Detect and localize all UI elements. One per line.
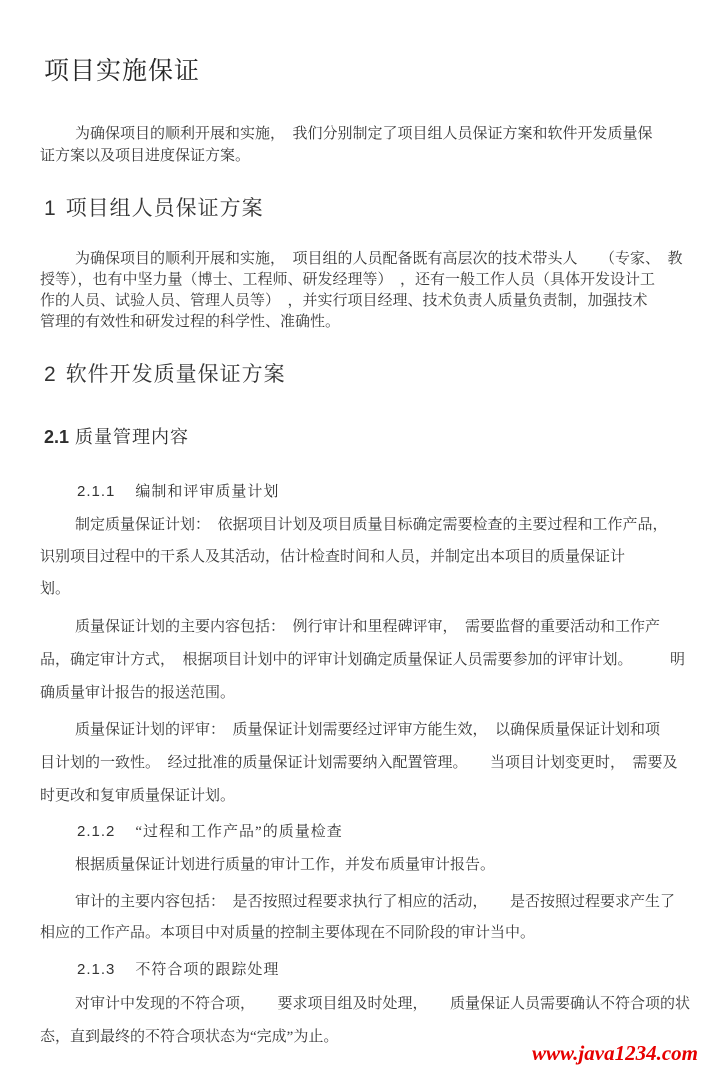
paragraph-line: 划。 — [40, 573, 688, 605]
document-title: 项目实施保证 — [44, 56, 200, 88]
item-number: 2.1.2 — [77, 823, 115, 840]
body-paragraph: 根据质量保证计划进行质量的审计工作，并发布质量审计报告。 — [40, 849, 688, 881]
paragraph-line: 质量保证计划的主要内容包括： 例行审计和里程碑评审， 需要监督的重要活动和工作产 — [40, 611, 688, 644]
section-title: 软件开发质量保证方案 — [66, 363, 286, 386]
subsection-number: 2.1 — [44, 427, 69, 447]
paragraph-line: 为确保项目的顺利开展和实施， 我们分别制定了项目组人员保证方案和软件开发质量保 — [40, 123, 688, 145]
subsection-2-1-heading: 2.1质量管理内容 — [44, 426, 189, 449]
paragraph-line: 制定质量保证计划： 依据项目计划及项目质量目标确定需要检查的主要过程和工作产品， — [40, 509, 688, 541]
intro-paragraph: 为确保项目的顺利开展和实施， 我们分别制定了项目组人员保证方案和软件开发质量保 … — [40, 123, 688, 167]
paragraph-line: 为确保项目的顺利开展和实施， 项目组的人员配备既有高层次的技术带头人 （专家、 … — [40, 249, 688, 270]
subsection-title: 质量管理内容 — [75, 427, 189, 447]
item-title: “过程和工作产品”的质量检查 — [135, 824, 342, 840]
body-paragraph: 质量保证计划的主要内容包括： 例行审计和里程碑评审， 需要监督的重要活动和工作产… — [40, 611, 688, 710]
paragraph-line: 根据质量保证计划进行质量的审计工作，并发布质量审计报告。 — [40, 849, 688, 881]
body-paragraph: 质量保证计划的评审： 质量保证计划需要经过评审方能生效， 以确保质量保证计划和项… — [40, 714, 688, 813]
watermark-text: www.java1234.com — [532, 1041, 698, 1065]
paragraph-line: 质量保证计划的评审： 质量保证计划需要经过评审方能生效， 以确保质量保证计划和项 — [40, 714, 688, 747]
item-2-1-2-heading: 2.1.2“过程和工作产品”的质量检查 — [77, 822, 343, 842]
item-number: 2.1.3 — [77, 961, 115, 978]
paragraph-line: 作的人员、试验人员、管理人员等） ，并实行项目经理、技术负责人质量负责制，加强技… — [40, 291, 688, 312]
paragraph-line: 证方案以及项目进度保证方案。 — [40, 145, 688, 167]
section-number: 1 — [44, 197, 57, 220]
paragraph-line: 管理的有效性和研发过程的科学性、准确性。 — [40, 312, 688, 333]
section-1-heading: 1项目组人员保证方案 — [44, 196, 264, 222]
body-paragraph: 制定质量保证计划： 依据项目计划及项目质量目标确定需要检查的主要过程和工作产品，… — [40, 509, 688, 605]
item-title: 不符合项的跟踪处理 — [135, 962, 279, 978]
section-2-heading: 2软件开发质量保证方案 — [44, 362, 286, 388]
paragraph-line: 品，确定审计方式， 根据项目计划中的评审计划确定质量保证人员需要参加的评审计划。… — [40, 644, 688, 677]
paragraph-line: 识别项目过程中的干系人及其活动，估计检查时间和人员，并制定出本项目的质量保证计 — [40, 541, 688, 573]
item-title: 编制和评审质量计划 — [135, 484, 279, 500]
paragraph-line: 时更改和复审质量保证计划。 — [40, 780, 688, 813]
document-page: 项目实施保证 为确保项目的顺利开展和实施， 我们分别制定了项目组人员保证方案和软… — [0, 0, 718, 1079]
item-2-1-1-heading: 2.1.1编制和评审质量计划 — [77, 482, 279, 502]
paragraph-line: 确质量审计报告的报送范围。 — [40, 677, 688, 710]
paragraph-line: 相应的工作产品。本项目中对质量的控制主要体现在不同阶段的审计当中。 — [40, 918, 688, 949]
section-number: 2 — [44, 363, 57, 386]
body-paragraph: 审计的主要内容包括： 是否按照过程要求执行了相应的活动， 是否按照过程要求产生了… — [40, 887, 688, 949]
item-number: 2.1.1 — [77, 483, 115, 500]
paragraph-line: 对审计中发现的不符合项， 要求项目组及时处理， 质量保证人员需要确认不符合项的状 — [40, 988, 688, 1021]
item-2-1-3-heading: 2.1.3不符合项的跟踪处理 — [77, 960, 279, 980]
section-title: 项目组人员保证方案 — [66, 197, 264, 220]
section-1-paragraph: 为确保项目的顺利开展和实施， 项目组的人员配备既有高层次的技术带头人 （专家、 … — [40, 249, 688, 333]
paragraph-line: 目计划的一致性。 经过批准的质量保证计划需要纳入配置管理。 当项目计划变更时， … — [40, 747, 688, 780]
paragraph-line: 审计的主要内容包括： 是否按照过程要求执行了相应的活动， 是否按照过程要求产生了 — [40, 887, 688, 918]
paragraph-line: 授等），也有中坚力量（博士、工程师、研发经理等） ，还有一般工作人员（具体开发设… — [40, 270, 688, 291]
